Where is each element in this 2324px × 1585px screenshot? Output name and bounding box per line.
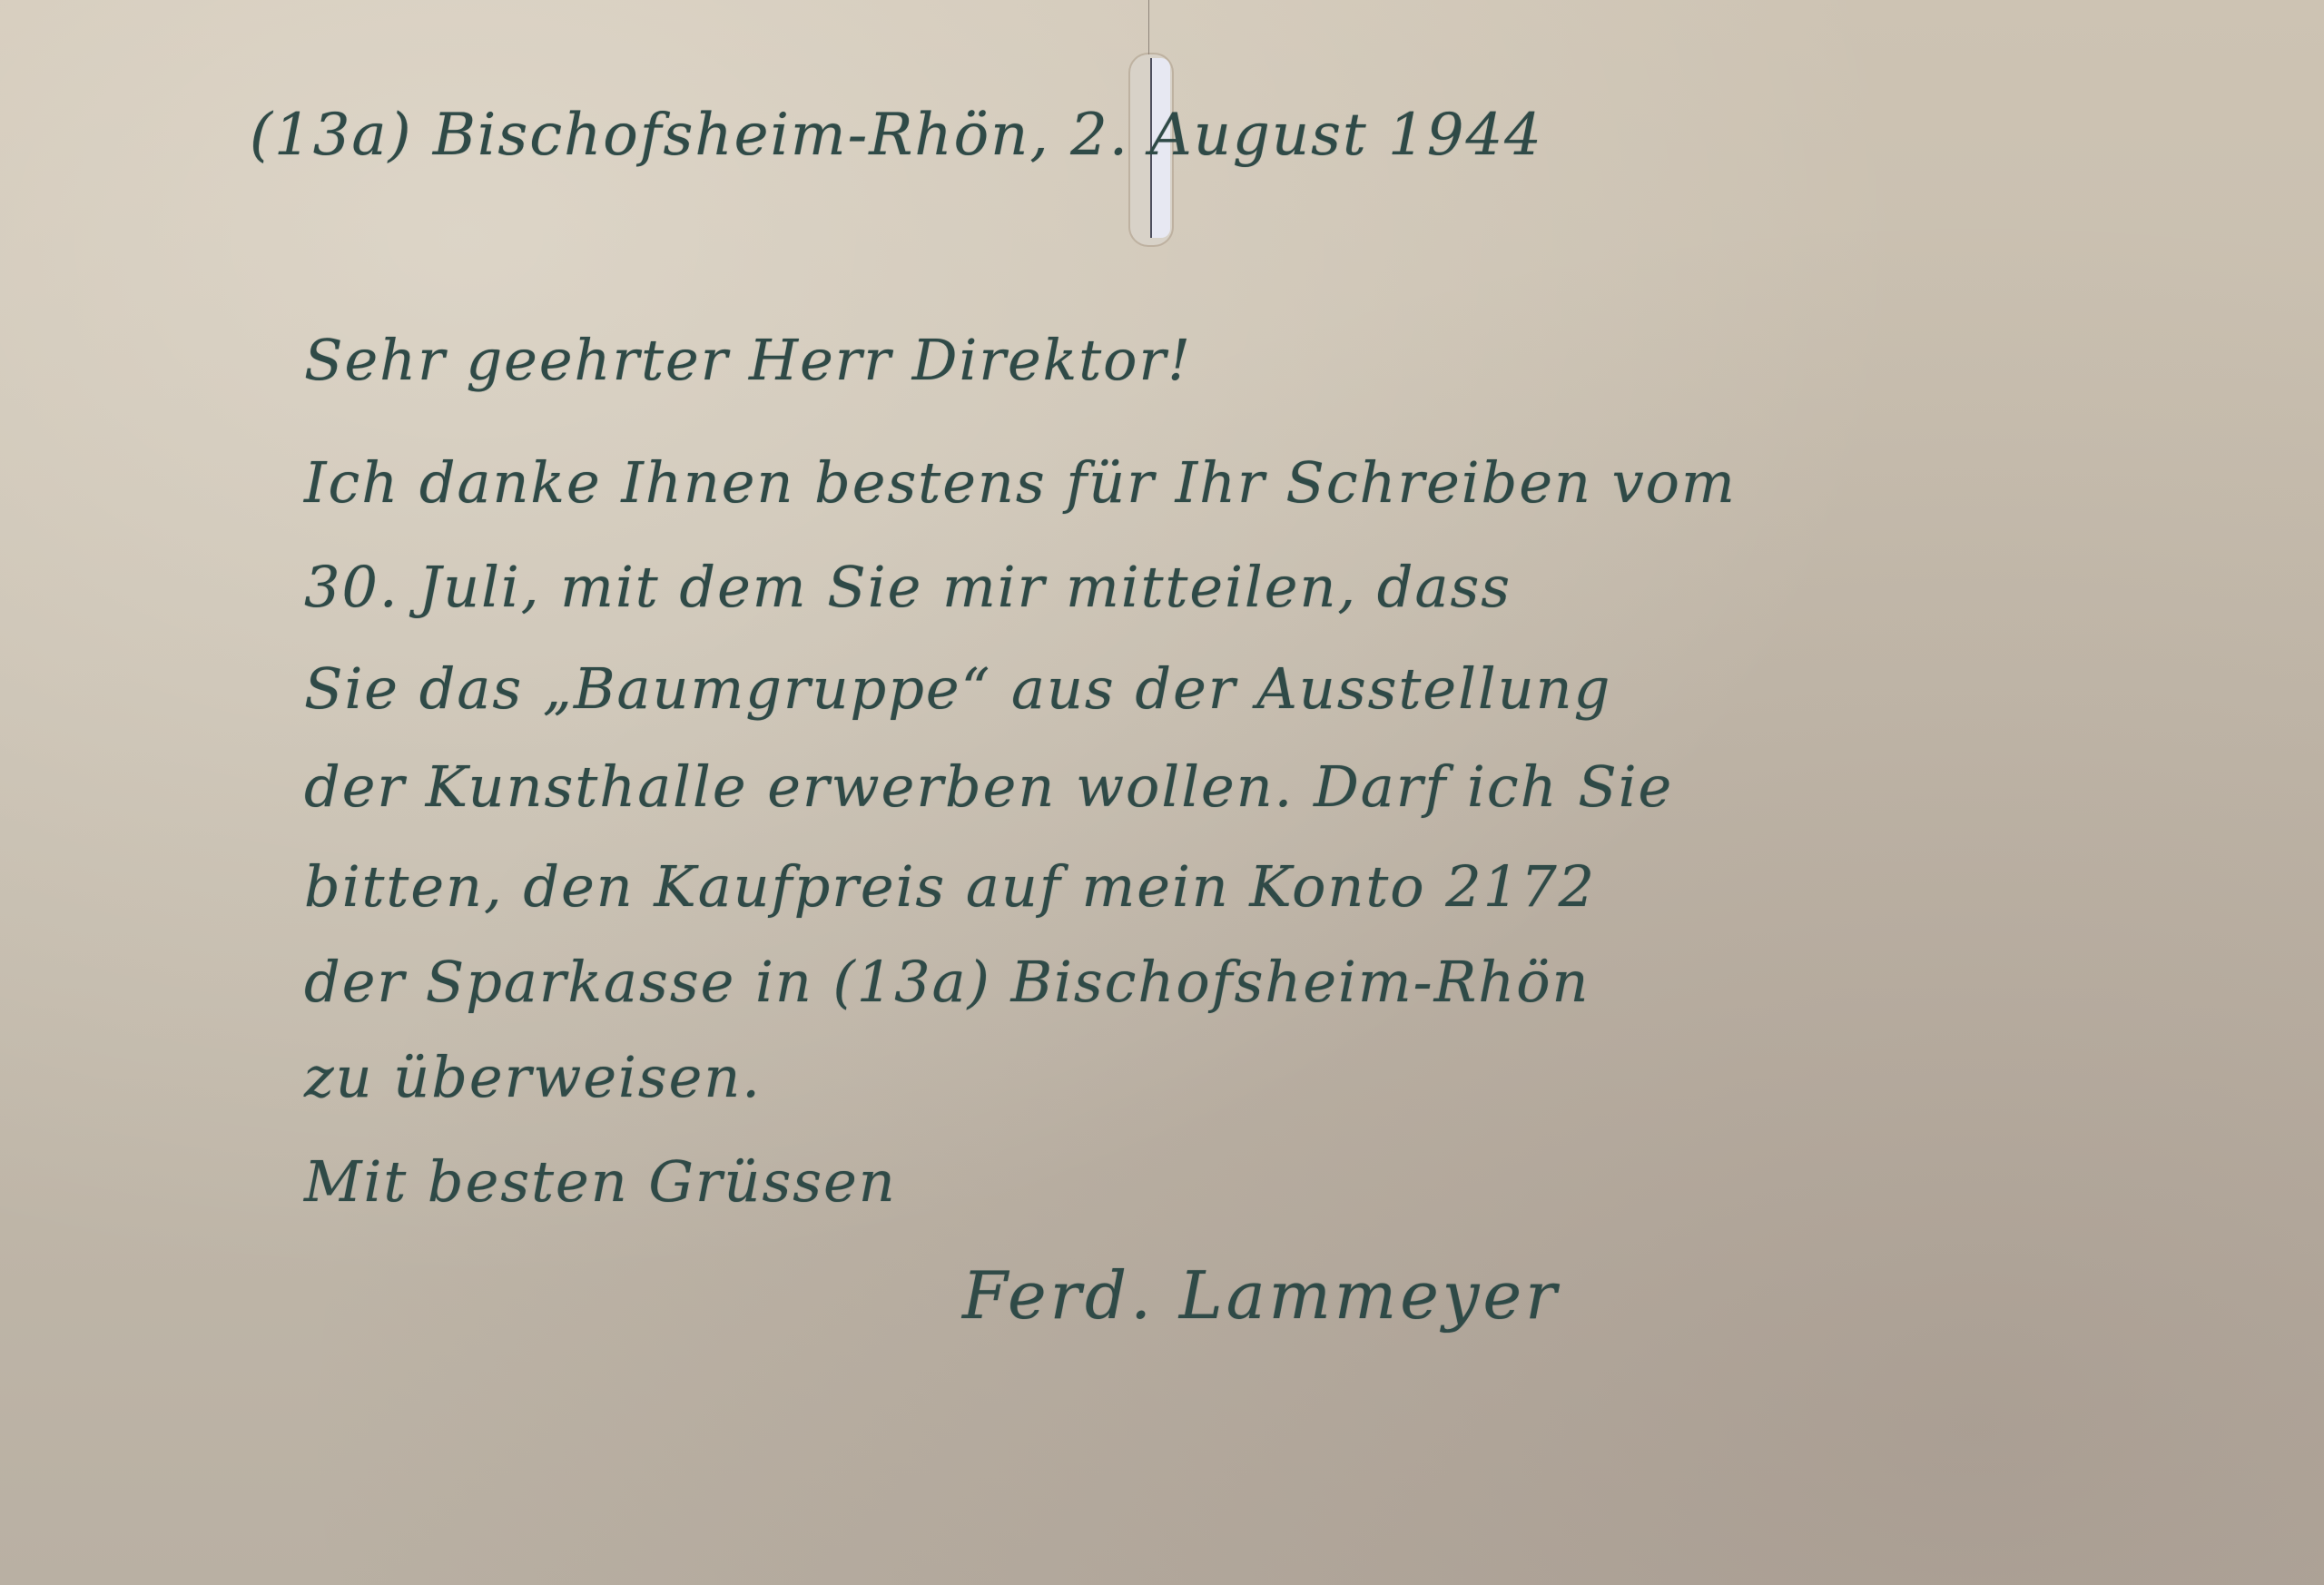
letter-body-line: der Sparkasse in (13a) Bischofsheim-Rhön <box>304 949 1590 1015</box>
letter-body-line: Sie das „Baumgruppe“ aus der Ausstellung <box>304 655 1611 722</box>
letter-body-line: 30. Juli, mit dem Sie mir mitteilen, das… <box>304 554 1512 620</box>
letter-body-line: der Kunsthalle erwerben wollen. Darf ich… <box>304 753 1673 820</box>
letter-salutation: Sehr geehrter Herr Direktor! <box>304 327 1192 393</box>
letter-paper: (13a) Bischofsheim-Rhön, 2. August 1944 … <box>0 0 2324 1585</box>
letter-body-line: zu überweisen. <box>304 1044 762 1110</box>
letter-signature: Ferd. Lammeyer <box>962 1257 1561 1334</box>
letter-heading-place-date: (13a) Bischofsheim-Rhön, 2. August 1944 <box>250 102 1543 169</box>
letter-body-line: bitten, den Kaufpreis auf mein Konto 217… <box>304 853 1596 920</box>
letter-closing: Mit besten Grüssen <box>304 1148 897 1215</box>
letter-body-line: Ich danke Ihnen bestens für Ihr Schreibe… <box>304 449 1737 516</box>
